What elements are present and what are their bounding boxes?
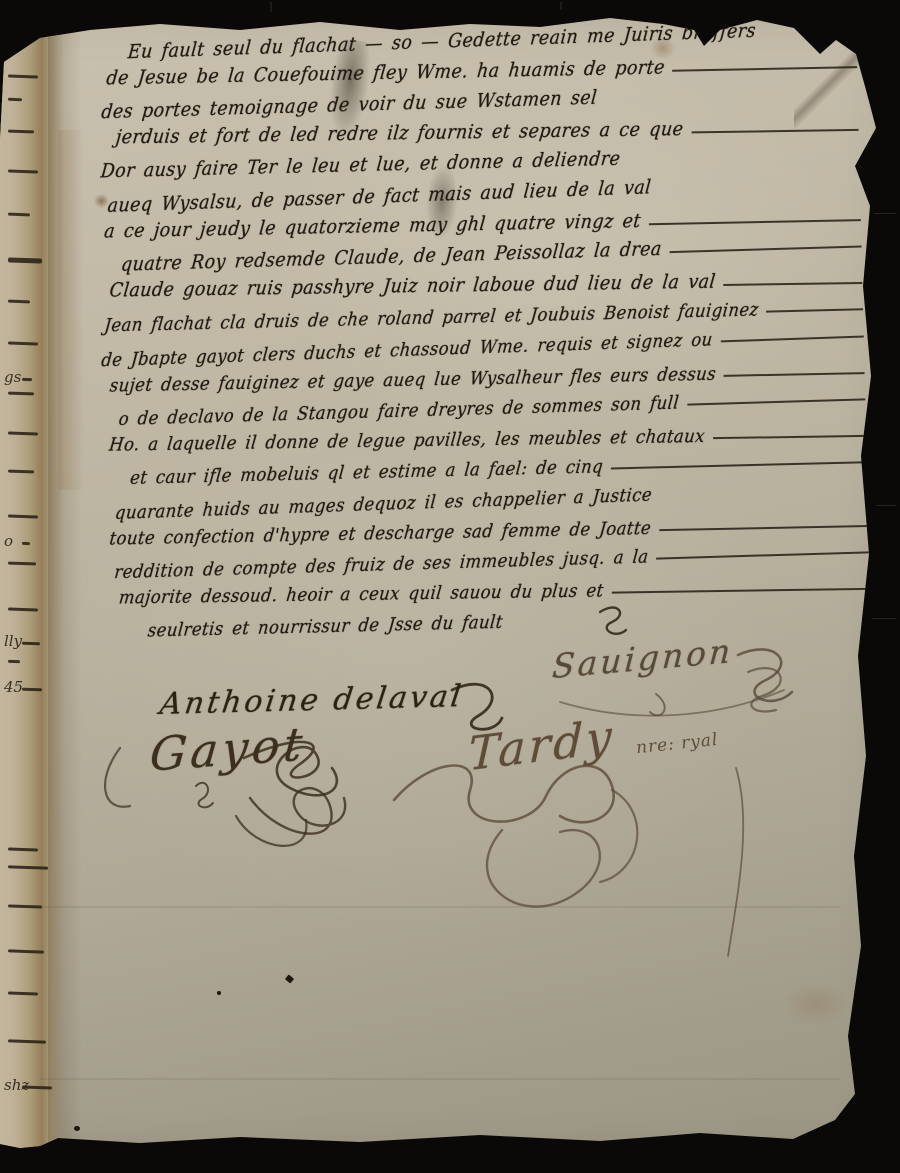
paraph-icon	[250, 788, 345, 833]
line-filler-dash	[687, 398, 865, 405]
ink-speck	[217, 991, 221, 995]
backdrop-seam	[560, 2, 562, 10]
gutter-ink-mark	[22, 642, 40, 646]
backdrop-seam	[876, 505, 896, 506]
gutter-ink-glyph: gs	[4, 368, 21, 386]
line-filler-dash	[724, 371, 865, 376]
signature-text: Gayot	[148, 720, 308, 777]
horizontal-crease	[40, 906, 840, 908]
backdrop-seam	[872, 618, 896, 619]
gutter-ink-glyph: o	[4, 532, 13, 550]
line-filler-dash	[673, 65, 858, 71]
ink-speck	[285, 974, 294, 983]
gutter-ink-mark	[22, 688, 42, 692]
manuscript-page: gsolly45shz Eu fault seul du flachat — s…	[0, 0, 900, 1173]
foxing-stain	[784, 982, 848, 1026]
line-filler-dash	[612, 587, 870, 593]
gutter-ink-glyph: 45	[4, 678, 23, 696]
photograph-of-manuscript: gsolly45shz Eu fault seul du flachat — s…	[0, 0, 900, 1173]
signature-gayot: Gayot	[149, 721, 308, 778]
signature-sauignon: Sauignon	[551, 634, 735, 683]
paraph-icon	[196, 783, 213, 808]
paraph-icon	[748, 668, 781, 711]
notary-title-note: nre: ryal	[635, 732, 719, 758]
paraph-icon	[738, 649, 792, 700]
signature-text: Tardy	[468, 713, 615, 777]
paraph-icon	[600, 790, 637, 882]
manuscript-line-text: seulretis et nourrissur de Jsse du fault	[147, 614, 504, 641]
pen-stroke	[728, 768, 743, 956]
gutter-fold-shadow	[48, 0, 82, 1173]
gutter-ink-mark	[8, 660, 20, 663]
line-filler-dash	[721, 335, 864, 342]
line-filler-dash	[713, 434, 866, 438]
backdrop-seam	[874, 213, 896, 214]
line-filler-dash	[767, 308, 864, 312]
paraph-icon	[487, 830, 600, 907]
horizontal-crease	[40, 1078, 840, 1080]
gutter-ink-mark	[22, 378, 32, 381]
signature-tardy: Tardy	[466, 713, 617, 777]
paraph-icon	[236, 816, 306, 846]
gutter-ink-mark	[22, 542, 30, 545]
manuscript-text-block: Eu fault seul du flachat — so — Gedette …	[92, 11, 871, 641]
gutter-ink-mark	[8, 98, 22, 101]
signature-anthoine-delaval: Anthoine delaval	[160, 682, 464, 720]
backdrop-seam	[270, 2, 272, 12]
line-filler-dash	[656, 551, 869, 559]
signature-text: Sauignon	[551, 634, 734, 683]
paraph-icon	[650, 694, 665, 715]
line-filler-dash	[723, 281, 862, 285]
paraph-icon	[105, 748, 130, 807]
ink-speck	[74, 1126, 80, 1131]
line-filler-dash	[691, 128, 858, 132]
signature-text: Anthoine delaval	[158, 682, 465, 720]
line-filler-dash	[670, 245, 862, 253]
gutter-ink-glyph: lly	[4, 632, 22, 650]
